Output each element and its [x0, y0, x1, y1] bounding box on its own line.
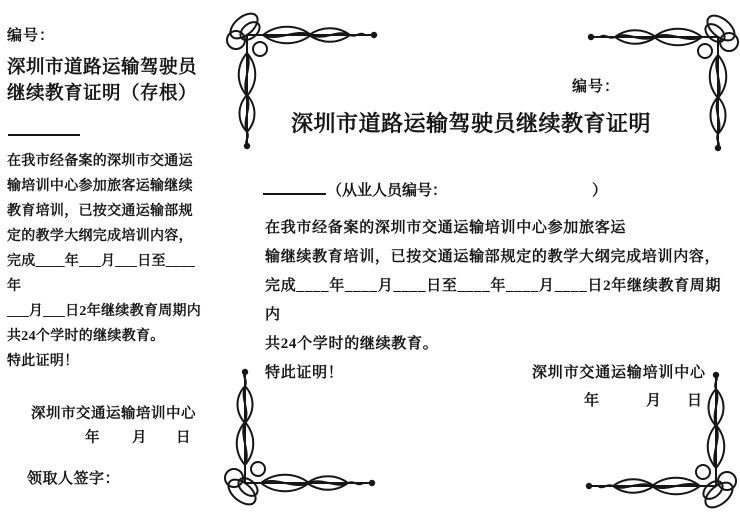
practitioner-id-row: （从业人员编号：）	[263, 179, 607, 200]
stub-body-line: 特此证明！	[7, 349, 203, 374]
stub-date-year: 年	[85, 426, 100, 447]
certificate-body-line: 在我市经备案的深圳市交通运输培训中心参加旅客运	[265, 214, 735, 243]
stub-body-line: 共24个学时的继续教育。	[7, 324, 203, 349]
stub-body-line: 定的教学大纲完成培训内容，	[7, 224, 203, 249]
certificate-date-month: 月	[646, 389, 661, 410]
stub-title: 深圳市道路运输驾驶员 继续教育证明（存根）	[7, 55, 197, 107]
stub-divider	[8, 134, 80, 136]
stub-body-line: ___月___日2年继续教育周期内	[7, 299, 203, 324]
certificate-org-name: 深圳市交通运输培训中心	[532, 361, 706, 382]
stub-body-line: 输培训中心参加旅客运输继续	[7, 174, 203, 199]
stub-date-day: 日	[176, 426, 191, 447]
stub-body: 在我市经备案的深圳市交通运 输培训中心参加旅客运输继续 教育培训，已按交通运输部…	[7, 149, 203, 374]
certificate-number-label: 编号：	[572, 75, 620, 96]
certificate-title: 深圳市道路运输驾驶员继续教育证明	[261, 107, 681, 138]
stub-title-line-2: 继续教育证明（存根）	[7, 81, 197, 107]
certificate-body-line: 输继续教育培训，已按交通运输部规定的教学大纲完成培训内容，	[265, 243, 735, 272]
certificate-date-day: 日	[687, 389, 702, 410]
stub-body-line: 完成____年___月___日至____年	[7, 249, 203, 299]
stub-org-name: 深圳市交通运输培训中心	[31, 402, 196, 423]
practitioner-id-close-paren: ）	[592, 183, 607, 199]
practitioner-id-label: （从业人员编号：	[327, 183, 447, 199]
stub-date-month: 月	[132, 426, 147, 447]
stub-body-line: 教育培训，已按交通运输部规	[7, 199, 203, 224]
practitioner-id-blank	[263, 180, 326, 195]
stub-number-label: 编号：	[7, 24, 55, 45]
certificate-document: 编号： 深圳市道路运输驾驶员 继续教育证明（存根） 在我市经备案的深圳市交通运 …	[0, 0, 740, 521]
certificate-body-line: 共24个学时的继续教育。	[265, 330, 735, 359]
recipient-signature-label: 领取人签字：	[27, 467, 120, 488]
certificate-body-line: 完成____年____月____日至____年____月____日2年继续教育周…	[265, 272, 735, 330]
stub-body-line: 在我市经备案的深圳市交通运	[7, 149, 203, 174]
stub-title-line-1: 深圳市道路运输驾驶员	[7, 55, 197, 81]
certificate-date-year: 年	[584, 389, 599, 410]
